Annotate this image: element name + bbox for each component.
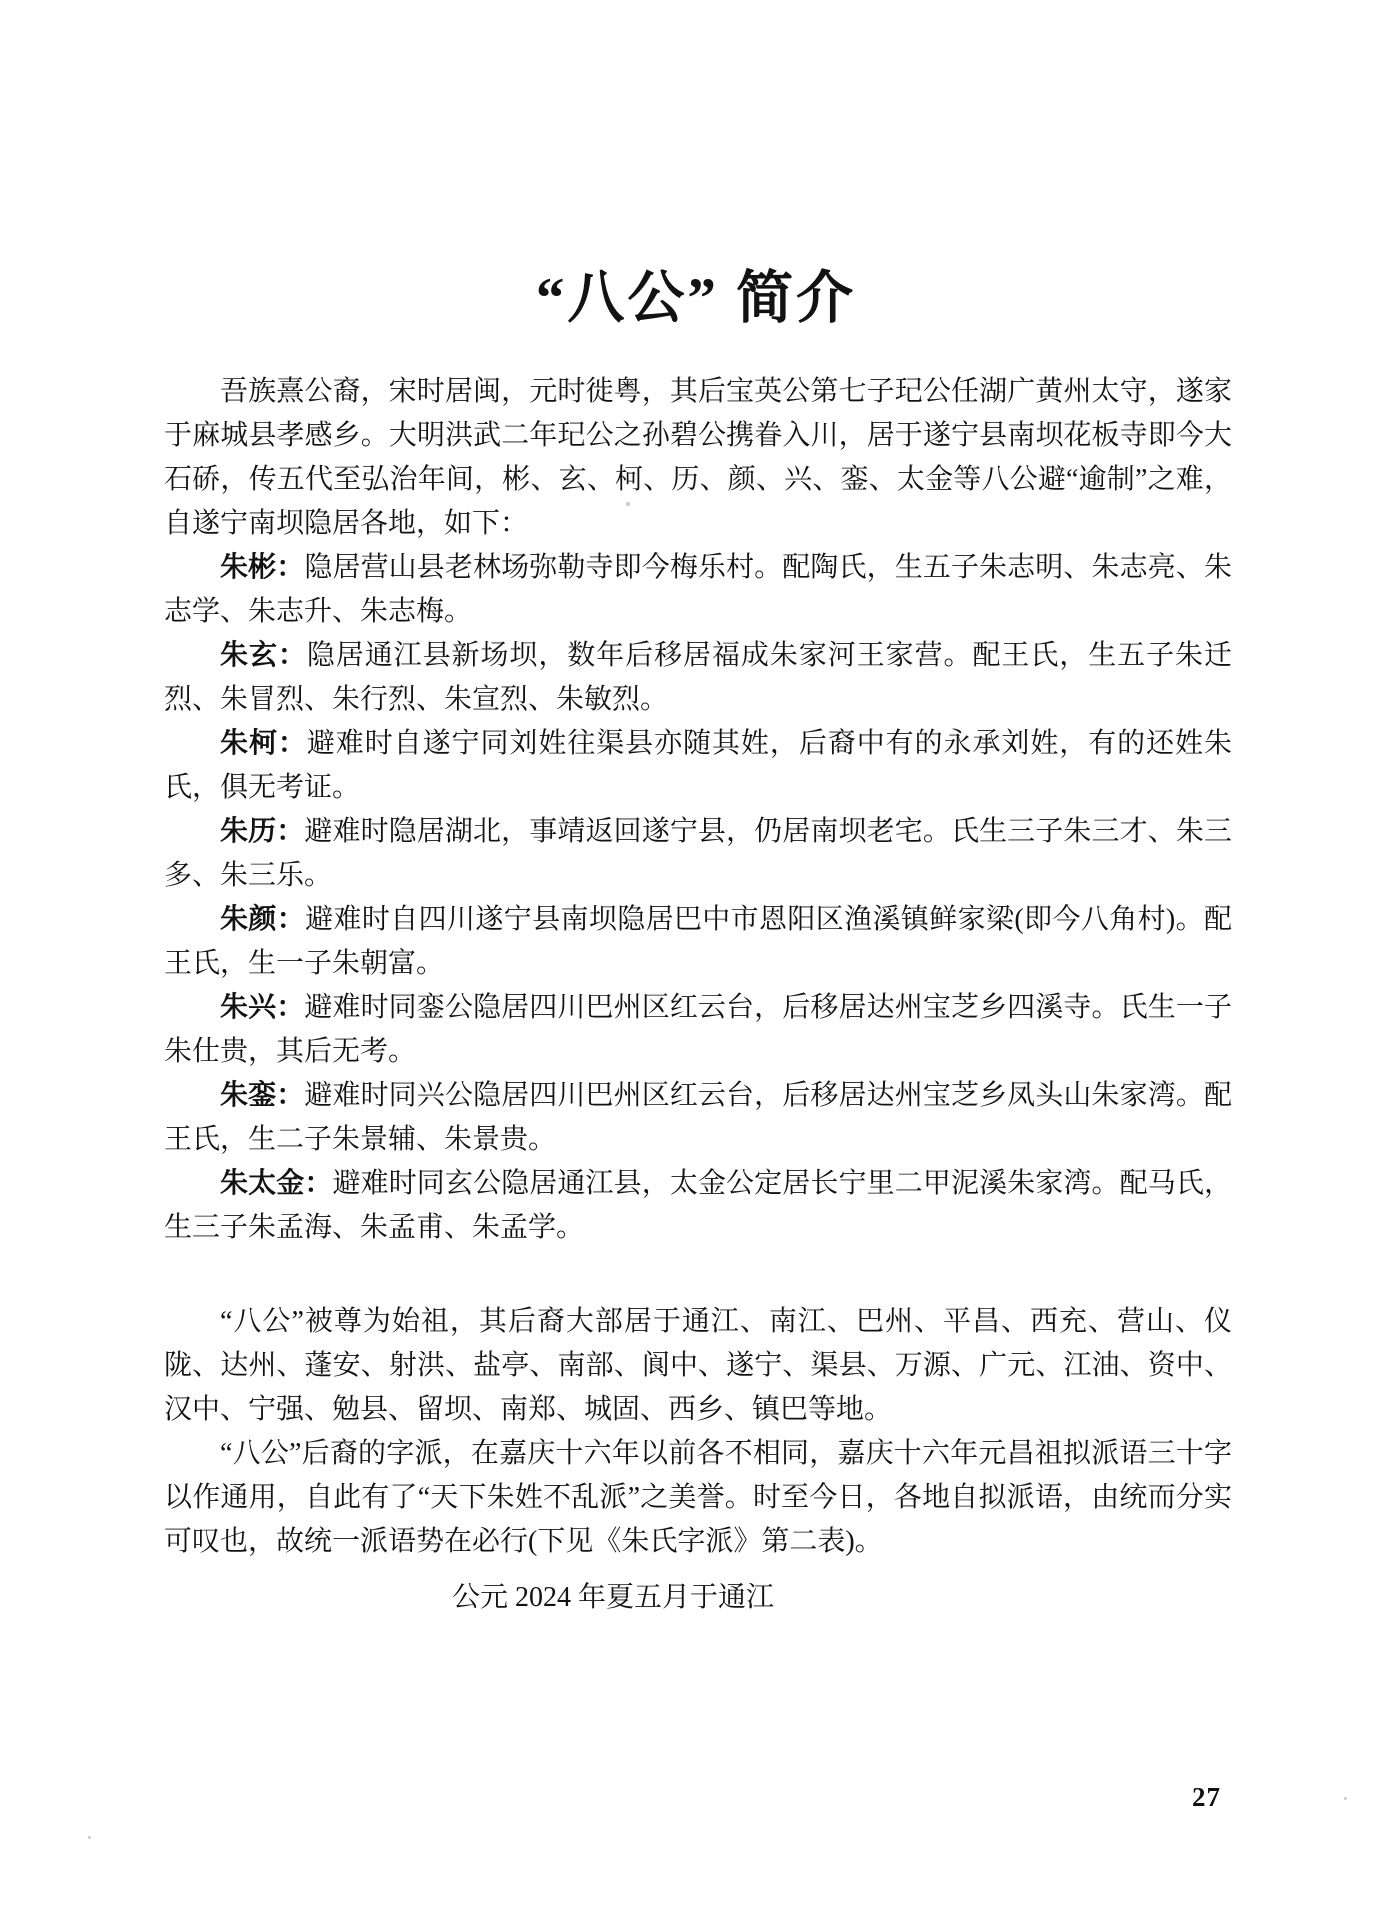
entry-zhu-ke: 朱柯：避难时自遂宁同刘姓往渠县亦随其姓，后裔中有的永承刘姓，有的还姓朱氏，俱无考… bbox=[164, 722, 1232, 810]
entry-text: 隐居通江县新场坝，数年后移居福成朱家河王家营。配王氏，生五子朱迁烈、朱冒烈、朱行… bbox=[164, 640, 1232, 715]
ancestor-name: 朱柯： bbox=[220, 728, 307, 759]
dateline: 公元 2024 年夏五月于通江 bbox=[164, 1576, 1232, 1620]
entry-text: 避难时同銮公隐居四川巴州区红云台，后移居达州宝芝乡四溪寺。氏生一子朱仕贵，其后无… bbox=[164, 992, 1232, 1067]
ancestor-name: 朱玄： bbox=[220, 640, 307, 671]
entry-text: 隐居营山县老林场弥勒寺即今梅乐村。配陶氏，生五子朱志明、朱志亮、朱志学、朱志升、… bbox=[164, 552, 1232, 627]
entry-text: 避难时同兴公隐居四川巴州区红云台，后移居达州宝芝乡凤头山朱家湾。配王氏，生二子朱… bbox=[164, 1080, 1232, 1155]
ancestor-name: 朱历： bbox=[220, 816, 304, 847]
entry-zhu-taijin: 朱太金：避难时同玄公隐居通江县，太金公定居长宁里二甲泥溪朱家湾。配马氏，生三子朱… bbox=[164, 1162, 1232, 1250]
entry-zhu-luan: 朱銮：避难时同兴公隐居四川巴州区红云台，后移居达州宝芝乡凤头山朱家湾。配王氏，生… bbox=[164, 1074, 1232, 1162]
scan-speck bbox=[88, 1836, 91, 1839]
scanned-document-page: “八公” 简介 吾族熹公裔，宋时居闽，元时徙粤，其后宝英公第七子玘公任湖广黄州太… bbox=[0, 0, 1386, 1920]
entry-text: 避难时自四川遂宁县南坝隐居巴中市恩阳区渔溪镇鲜家梁(即今八角村)。配王氏，生一子… bbox=[164, 904, 1232, 979]
closing-paragraph-descendants: “八公”被尊为始祖，其后裔大部居于通江、南江、巴州、平昌、西充、营山、仪陇、达州… bbox=[164, 1300, 1232, 1432]
scan-speck bbox=[626, 502, 630, 506]
page-number: 27 bbox=[1192, 1782, 1221, 1813]
entry-text: 避难时自遂宁同刘姓往渠县亦随其姓，后裔中有的永承刘姓，有的还姓朱氏，俱无考证。 bbox=[164, 728, 1232, 803]
entry-zhu-xuan: 朱玄：隐居通江县新场坝，数年后移居福成朱家河王家营。配王氏，生五子朱迁烈、朱冒烈… bbox=[164, 634, 1232, 722]
page-title: “八公” 简介 bbox=[160, 252, 1232, 334]
scan-speck bbox=[1344, 1797, 1347, 1800]
entry-text: 避难时隐居湖北，事靖返回遂宁县，仍居南坝老宅。氏生三子朱三才、朱三多、朱三乐。 bbox=[164, 816, 1232, 891]
entry-zhu-li: 朱历：避难时隐居湖北，事靖返回遂宁县，仍居南坝老宅。氏生三子朱三才、朱三多、朱三… bbox=[164, 810, 1232, 898]
entry-zhu-bin: 朱彬：隐居营山县老林场弥勒寺即今梅乐村。配陶氏，生五子朱志明、朱志亮、朱志学、朱… bbox=[164, 546, 1232, 634]
document-body: 吾族熹公裔，宋时居闽，元时徙粤，其后宝英公第七子玘公任湖广黄州太守，遂家于麻城县… bbox=[164, 370, 1232, 1620]
intro-paragraph: 吾族熹公裔，宋时居闽，元时徙粤，其后宝英公第七子玘公任湖广黄州太守，遂家于麻城县… bbox=[164, 370, 1232, 546]
ancestor-name: 朱颜： bbox=[220, 904, 305, 935]
entry-zhu-yan: 朱颜：避难时自四川遂宁县南坝隐居巴中市恩阳区渔溪镇鲜家梁(即今八角村)。配王氏，… bbox=[164, 898, 1232, 986]
ancestor-name: 朱彬： bbox=[220, 552, 304, 583]
ancestor-name: 朱兴： bbox=[220, 992, 304, 1023]
entry-zhu-xing: 朱兴：避难时同銮公隐居四川巴州区红云台，后移居达州宝芝乡四溪寺。氏生一子朱仕贵，… bbox=[164, 986, 1232, 1074]
ancestor-name: 朱太金： bbox=[220, 1168, 332, 1199]
closing-paragraph-zipai: “八公”后裔的字派，在嘉庆十六年以前各不相同，嘉庆十六年元昌祖拟派语三十字以作通… bbox=[164, 1432, 1232, 1564]
ancestor-name: 朱銮： bbox=[220, 1080, 304, 1111]
